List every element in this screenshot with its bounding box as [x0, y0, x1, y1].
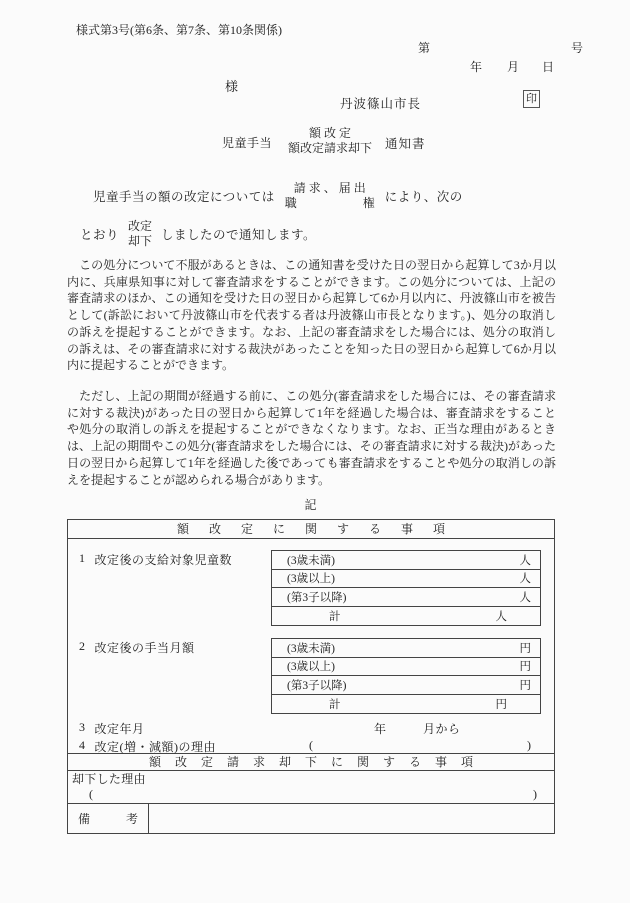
form-number: 様式第3号(第6条、第7条、第10条関係)	[76, 21, 282, 38]
row-unit: 人	[520, 589, 532, 605]
item-label: 改定後の手当月額	[95, 639, 195, 656]
table-row: (3歳以上) 人	[272, 570, 540, 589]
remarks-row: 備 考	[68, 803, 554, 833]
seal-stamp-box: 印	[523, 90, 540, 108]
table-row: (第3子以降) 人	[272, 588, 540, 607]
item-number: 1	[79, 551, 86, 568]
remarks-label-cell: 備 考	[68, 804, 149, 833]
reason-paren-close: )	[527, 738, 531, 753]
remarks-label-right: 考	[126, 810, 138, 827]
monthly-amount-table: (3歳未満) 円 (3歳以上) 円 (第3子以降) 円 計 円	[271, 638, 541, 714]
table-row: (3歳未満) 人	[272, 551, 540, 570]
revision-month-label: 月から	[423, 720, 461, 737]
choice-request-notify: 請 求 、 届 出	[283, 181, 377, 196]
item-label: 改定(増・減額)の理由	[95, 738, 217, 755]
title-choice-stack: 額 改 定 額改定請求却下	[285, 126, 375, 155]
row-unit: 人	[520, 552, 532, 568]
reason-paren-open: (	[309, 738, 313, 753]
row-label: (第3子以降)	[287, 677, 346, 693]
date-day-label: 日	[542, 58, 554, 75]
item-label: 改定後の支給対象児童数	[95, 551, 233, 568]
item-number: 2	[79, 639, 86, 656]
appeal-paragraph-1: この処分について不服があるときは、この通知書を受けた日の翌日から起算して3か月以…	[67, 257, 556, 374]
section2-header: 額改定請求却下に関する事項	[68, 753, 554, 771]
table-row: (第3子以降) 円	[272, 676, 540, 695]
row-unit: 円	[520, 677, 532, 693]
item-revision-reason: 4 改定(増・減額)の理由	[79, 738, 216, 755]
title-suffix: 通知書	[385, 134, 426, 152]
item-children-count: 1 改定後の支給対象児童数	[79, 551, 232, 568]
request-choice-stack: 請 求 、 届 出 職 権	[283, 181, 377, 211]
row-label: 計	[329, 696, 341, 712]
statement-text: 児童手当の額の改定については	[93, 187, 275, 205]
table-row: (3歳未満) 円	[272, 639, 540, 658]
ki-label: 記	[67, 496, 555, 513]
choice-authority-right: 権	[363, 196, 375, 211]
decision-choice-stack: 改定 却下	[127, 219, 153, 249]
date-month-label: 月	[507, 58, 519, 75]
row-unit: 円	[496, 696, 508, 712]
row-unit: 人	[520, 570, 532, 586]
row-unit: 円	[520, 640, 532, 656]
section1-header: 額改定に関する事項	[68, 520, 554, 539]
item-monthly-amount: 2 改定後の手当月額	[79, 639, 195, 656]
title-choice-lower: 額改定請求却下	[285, 141, 375, 156]
date-year-label: 年	[470, 58, 482, 75]
item-revision-date: 3 改定年月	[79, 720, 145, 737]
rejection-reason-cell: 却下した理由 ( )	[68, 771, 554, 803]
item-number: 3	[79, 720, 86, 737]
doc-number-prefix: 第	[418, 39, 430, 56]
statement-line2-tail: しましたので通知します。	[161, 225, 316, 243]
statement-line-1: 児童手当の額の改定については 請 求 、 届 出 職 権 により、次の	[93, 180, 463, 212]
choice-revise: 改定	[127, 219, 153, 234]
issuer-name: 丹波篠山市長	[340, 94, 421, 112]
row-unit: 人	[496, 608, 508, 624]
table-row: (3歳以上) 円	[272, 658, 540, 677]
title-prefix: 児童手当	[222, 134, 272, 151]
row-label: (3歳未満)	[287, 552, 335, 568]
title-choice-upper: 額 改 定	[285, 126, 375, 141]
row-label: (3歳未満)	[287, 640, 335, 656]
rejection-paren-close: )	[533, 787, 537, 801]
remarks-body-cell	[149, 804, 554, 833]
statement-line2-head: とおり	[80, 225, 119, 243]
statement-line-2: とおり 改定 却下 しましたので通知します。	[80, 220, 316, 248]
remarks-label-left: 備	[78, 810, 90, 827]
rejection-paren-open: (	[89, 787, 93, 801]
statement-tail: により、次の	[385, 187, 463, 205]
choice-authority-left: 職	[285, 196, 297, 211]
row-label: 計	[329, 608, 341, 624]
choice-authority: 職 権	[283, 196, 377, 211]
notification-form-page: 様式第3号(第6条、第7条、第10条関係) 第 号 年 月 日 様 丹波篠山市長…	[0, 0, 630, 903]
addressee-suffix: 様	[225, 76, 238, 95]
row-unit: 円	[520, 658, 532, 674]
item-label: 改定年月	[95, 720, 145, 737]
rejection-reason-parens: ( )	[72, 787, 537, 801]
item-number: 4	[79, 738, 86, 755]
doc-number-suffix: 号	[571, 39, 583, 56]
rejection-reason-label: 却下した理由	[72, 772, 537, 787]
children-count-table: (3歳未満) 人 (3歳以上) 人 (第3子以降) 人 計 人	[271, 550, 541, 626]
notification-table: 額改定に関する事項 1 改定後の支給対象児童数 (3歳未満) 人 (3歳以上) …	[67, 519, 555, 834]
appeal-paragraph-2: ただし、上記の期間が経過する前に、この処分(審査請求をした場合には、その審査請求…	[67, 388, 556, 488]
choice-reject: 却下	[127, 234, 153, 249]
row-label: (3歳以上)	[287, 570, 335, 586]
row-label: (3歳以上)	[287, 658, 335, 674]
table-row-total: 計 人	[272, 607, 540, 626]
table-row-total: 計 円	[272, 695, 540, 714]
revision-year-label: 年	[374, 720, 386, 737]
section1-content: 1 改定後の支給対象児童数 (3歳未満) 人 (3歳以上) 人 (第3子以降) …	[68, 539, 554, 753]
row-label: (第3子以降)	[287, 589, 346, 605]
